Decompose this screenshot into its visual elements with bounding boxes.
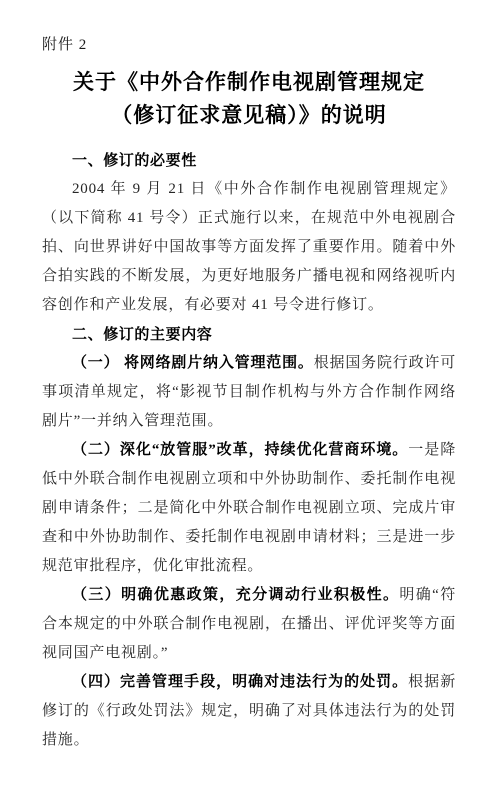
paragraph: （四）完善管理手段，明确对违法行为的处罚。根据新修订的《行政处罚法》规定，明确了… xyxy=(42,668,456,755)
section-heading: 一、修订的必要性 xyxy=(42,146,456,175)
paragraph: （一） 将网络剧片纳入管理范围。根据国务院行政许可事项清单规定，将“影视节目制作… xyxy=(42,349,456,436)
title-line-1: 关于《中外合作制作电视剧管理规定 xyxy=(42,66,456,99)
attachment-label: 附件 2 xyxy=(42,36,456,54)
title-line-2: （修订征求意见稿）》的说明 xyxy=(42,99,456,132)
paragraph-lead: （四）完善管理手段，明确对违法行为的处罚。 xyxy=(72,674,408,690)
document-body: 一、修订的必要性2004 年 9 月 21 日《中外合作制作电视剧管理规定》（以… xyxy=(42,146,456,755)
paragraph-lead: （一） 将网络剧片纳入管理范围。 xyxy=(72,355,314,371)
paragraph-text: 2004 年 9 月 21 日《中外合作制作电视剧管理规定》（以下简称 41 号… xyxy=(42,181,456,313)
document-page: 附件 2 关于《中外合作制作电视剧管理规定 （修订征求意见稿）》的说明 一、修订… xyxy=(0,0,489,800)
paragraph-text: 一是降低中外联合制作电视剧立项和中外协助制作、委托制作电视剧申请条件；二是简化中… xyxy=(42,442,456,574)
paragraph: （二）深化“放管服”改革，持续优化营商环境。一是降低中外联合制作电视剧立项和中外… xyxy=(42,436,456,581)
document-title: 关于《中外合作制作电视剧管理规定 （修订征求意见稿）》的说明 xyxy=(42,66,456,132)
paragraph-lead: （三）明确优惠政策，充分调动行业积极性。 xyxy=(72,587,399,603)
paragraph: （三）明确优惠政策，充分调动行业积极性。明确“符合本规定的中外联合制作电视剧，在… xyxy=(42,581,456,668)
paragraph: 2004 年 9 月 21 日《中外合作制作电视剧管理规定》（以下简称 41 号… xyxy=(42,175,456,320)
paragraph-lead: （二）深化“放管服”改革，持续优化营商环境。 xyxy=(72,442,408,458)
section-heading: 二、修订的主要内容 xyxy=(42,320,456,349)
